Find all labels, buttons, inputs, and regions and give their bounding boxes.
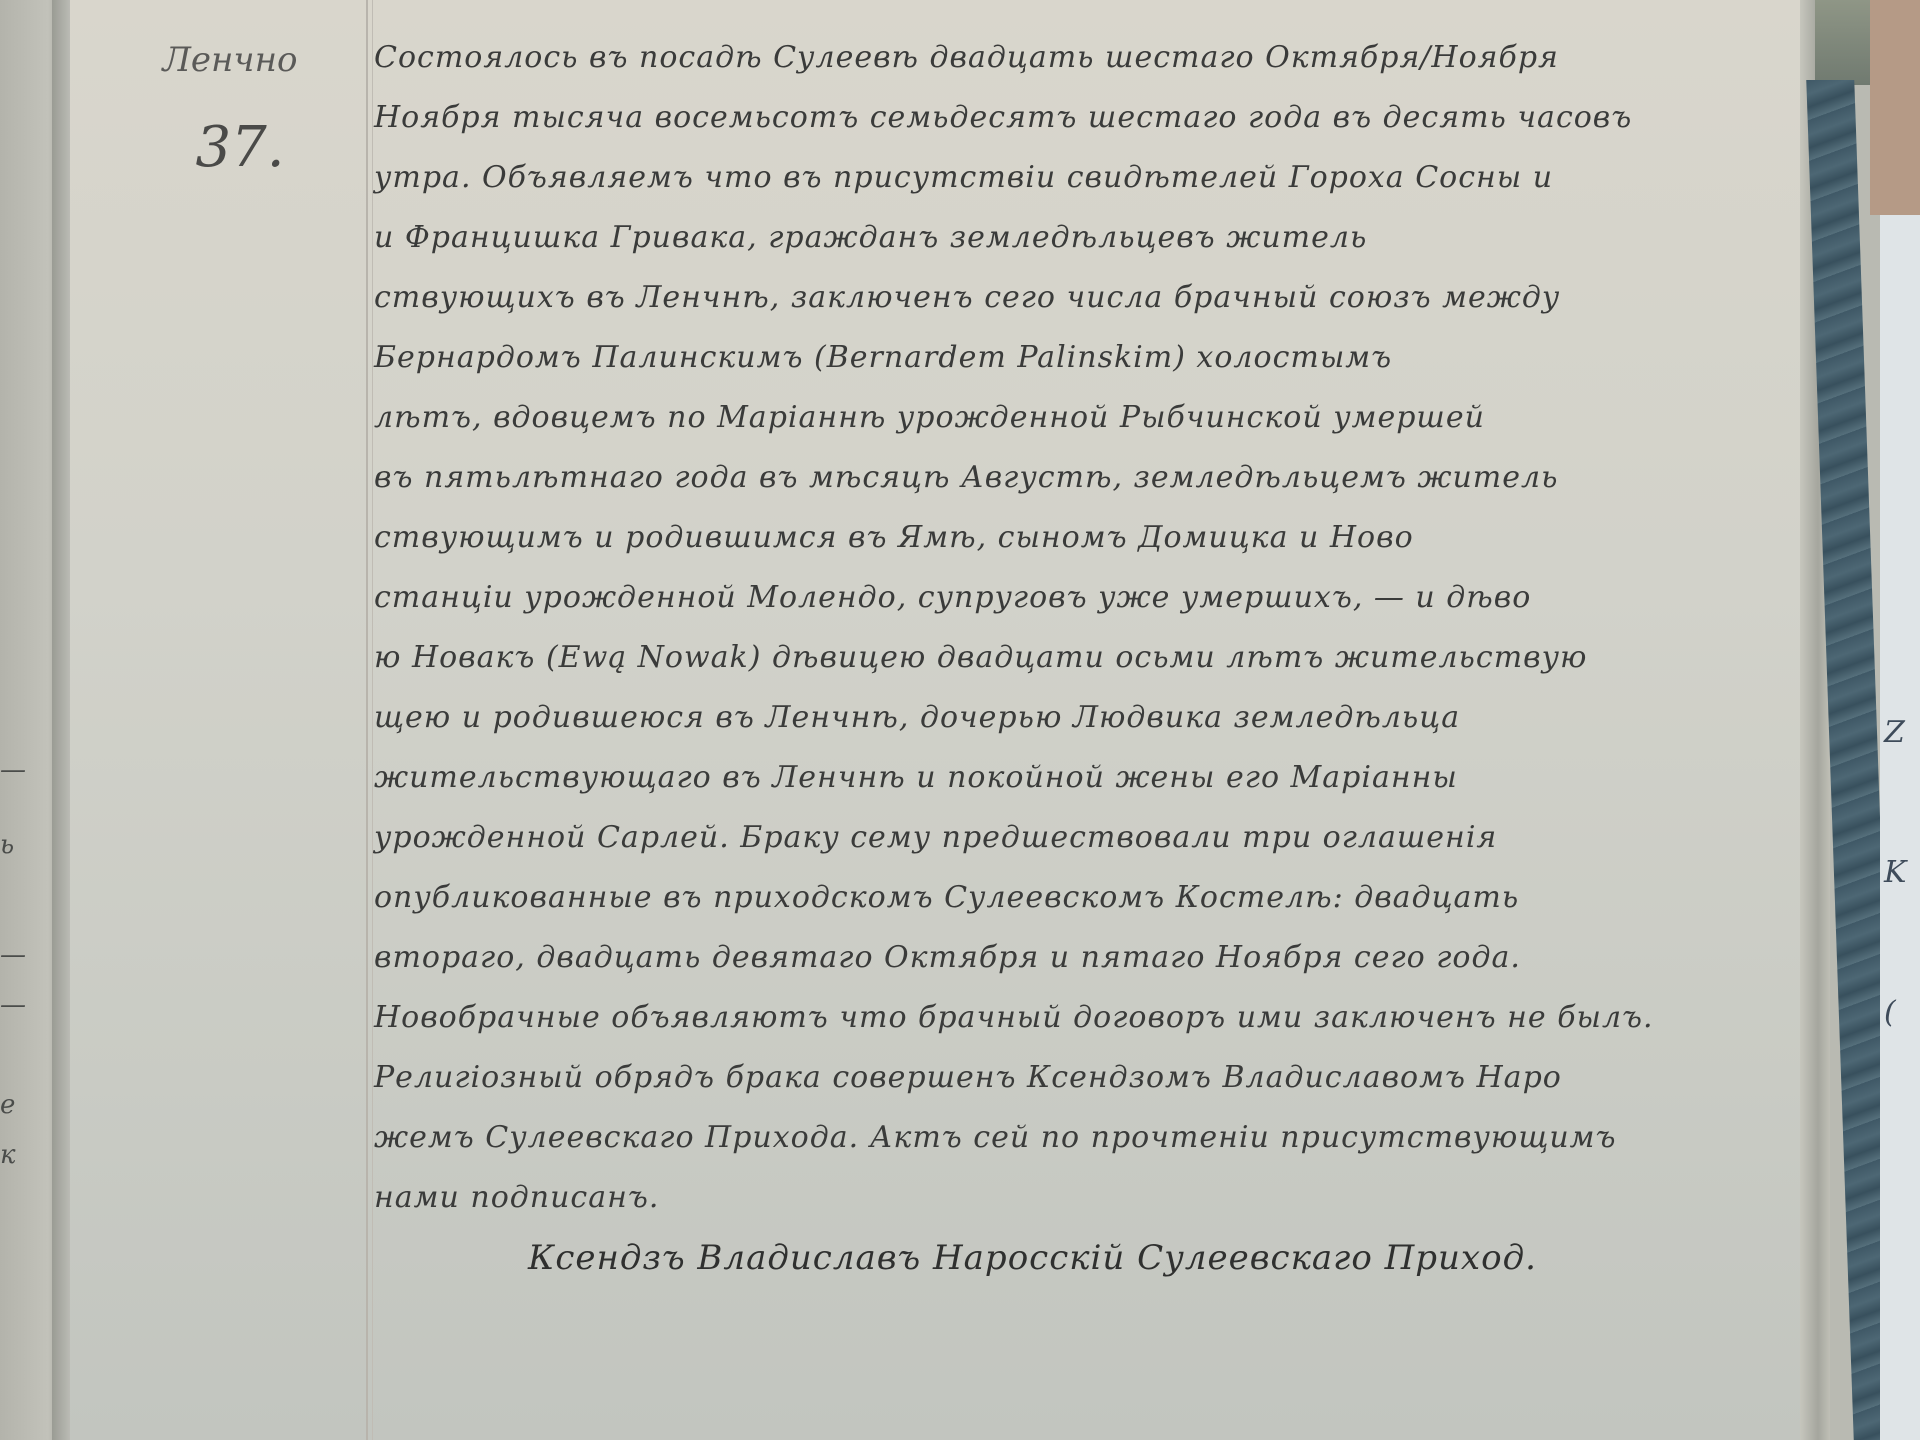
priest-signature: Ксендзъ Владиславъ Наросскій Сулеевскаго… [368,1228,1798,1288]
text-line: лѣтъ, вдовцемъ по Маріаннѣ урожденной Ры… [368,388,1798,448]
desk-surface [1870,0,1920,215]
text-line: въ пятьлѣтнаго года въ мѣсяцѣ Августѣ, з… [368,448,1798,508]
text-line: жительствующаго въ Ленчнѣ и покойной жен… [368,748,1798,808]
text-line: станціи урожденной Молендо, супруговъ уж… [368,568,1798,628]
loose-paper-sheet: Z K ( [1880,215,1920,1440]
left-page-fragment: — [0,940,26,970]
paper-fragment: K [1884,855,1906,890]
left-page-fragment: ь [0,830,14,860]
text-line: Новобрачные объявляютъ что брачный догов… [368,988,1798,1048]
paper-fragment: ( [1884,995,1896,1030]
text-line: ствующихъ въ Ленчнѣ, заключенъ сего числ… [368,268,1798,328]
text-line: Ноября тысяча восемьсотъ семьдесятъ шест… [368,88,1798,148]
text-line: Состоялось въ посадѣ Сулеевѣ двадцать ше… [368,28,1798,88]
text-line: Религіозный обрядъ брака совершенъ Ксенд… [368,1048,1798,1108]
text-line: и Францишка Гривака, гражданъ земледѣльц… [368,208,1798,268]
village-name: Ленчно [110,40,350,80]
register-page: Ленчно 37. Состоялось въ посадѣ Сулеевѣ … [70,0,1800,1440]
adjacent-left-page: — ь — — е к [0,0,60,1440]
text-line: нами подписанъ. [368,1168,1798,1228]
record-text: Состоялось въ посадѣ Сулеевѣ двадцать ше… [368,28,1798,1288]
text-line: утра. Объявляемъ что въ присутствіи свид… [368,148,1798,208]
text-line: щею и родившеюся въ Ленчнѣ, дочерью Людв… [368,688,1798,748]
left-page-fragment: е [0,1090,15,1120]
left-page-fragment: — [0,990,26,1020]
paper-fragment: Z [1884,715,1905,750]
binding-corner [1815,0,1875,85]
left-page-fragment: — [0,755,26,785]
text-line: Бернардомъ Палинскимъ (Bernardem Palinsk… [368,328,1798,388]
text-line: втораго, двадцать девятаго Октября и пят… [368,928,1798,988]
entry-number: 37. [180,115,300,180]
text-line: ствующимъ и родившимся въ Ямѣ, сыномъ До… [368,508,1798,568]
text-line: ю Новакъ (Ewą Nowak) дѣвицею двадцати ос… [368,628,1798,688]
text-line: опубликованные въ приходскомъ Сулеевском… [368,868,1798,928]
text-line: жемъ Сулеевскаго Прихода. Актъ сей по пр… [368,1108,1798,1168]
left-page-fragment: к [0,1140,16,1170]
text-line: урожденной Сарлей. Браку сему предшество… [368,808,1798,868]
